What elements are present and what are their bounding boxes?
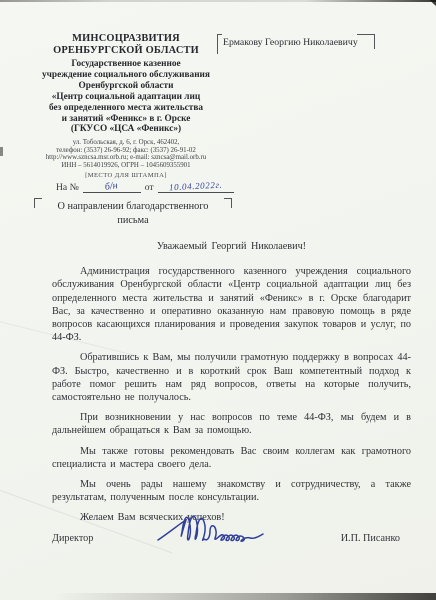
subject-frame-right-corner: [224, 198, 232, 208]
recipient-frame-right-corner: [357, 34, 375, 49]
reference-line: На №б/нот10.04.2022г.: [56, 182, 234, 193]
phone-fax-line: телефон: (3537) 26-96-92; факс: (3537) 2…: [28, 147, 224, 154]
reference-number-blank: б/н: [83, 182, 141, 193]
salutation: Уважаемый Георгий Николаевич!: [52, 240, 411, 253]
postal-address: ул. Тобольская, д. 6, г. Орск, 462402,: [28, 139, 224, 146]
body-paragraph: Мы также готовы рекомендовать Вас своим …: [52, 445, 411, 471]
letterhead: МИНСОЦРАЗВИТИЯ ОРЕНБУРГСКОЙ ОБЛАСТИ Госу…: [28, 33, 224, 169]
organization-name-line: учреждение социального обслуживания: [28, 70, 224, 81]
body-paragraph: Мы очень рады нашему знакомству и сотруд…: [52, 478, 411, 504]
inn-ogrn-line: ИНН – 5614019926, ОГРН – 1045609355901: [28, 162, 224, 169]
scan-left-speck-artifact: [0, 147, 3, 156]
organization-name-line: и занятий «Феникс» в г. Орске: [28, 114, 224, 125]
organization-name: Государственное казенное учреждение соци…: [28, 59, 224, 135]
scanned-letter-page: МИНСОЦРАЗВИТИЯ ОРЕНБУРГСКОЙ ОБЛАСТИ Госу…: [0, 0, 436, 600]
scan-top-edge-artifact: [0, 0, 436, 2]
contact-info: ул. Тобольская, д. 6, г. Орск, 462402, т…: [28, 139, 224, 169]
signer-position: Директор: [52, 533, 93, 544]
body-paragraph: При возникновении у нас вопросов по теме…: [52, 411, 411, 437]
website-email-line: http://www.szncsa.msr.orb.ru; e-mail: sz…: [28, 154, 224, 161]
body-paragraph: Администрация государственного казенного…: [52, 265, 411, 344]
ministry-name-line: ОРЕНБУРГСКОЙ ОБЛАСТИ: [28, 45, 224, 57]
subject-box: О направлении благодарственного письма: [34, 198, 232, 228]
body-paragraph: Обратившись к Вам, мы получили грамотную…: [52, 351, 411, 404]
handwritten-date: 10.04.2022г.: [169, 180, 223, 193]
organization-name-line: без определенного места жительства: [28, 103, 224, 114]
stamp-placeholder: [МЕСТО ДЛЯ ШТАМПА]: [28, 172, 224, 179]
director-signature: [150, 506, 270, 558]
signer-name: И.П. Писанко: [341, 533, 400, 544]
reference-number-label: На №: [56, 182, 79, 193]
organization-name-line: (ГКУСО «ЦСА «Феникс»): [28, 124, 224, 135]
subject-text: О направлении благодарственного письма: [34, 198, 232, 228]
recipient-frame-left-bracket: [217, 34, 222, 54]
reference-date-label: от: [145, 182, 154, 193]
organization-name-line: Оренбургской области: [28, 81, 224, 92]
subject-frame-left-corner: [34, 198, 42, 208]
handwritten-reference-number: б/н: [105, 180, 119, 193]
scan-bottom-shadow-artifact: [0, 593, 436, 600]
letter-body: Уважаемый Георгий Николаевич! Администра…: [52, 240, 411, 525]
reference-date-blank: 10.04.2022г.: [158, 182, 234, 193]
ministry-name-line: МИНСОЦРАЗВИТИЯ: [28, 33, 224, 45]
organization-name-line: Государственное казенное: [28, 59, 224, 70]
organization-name-line: «Центр социальной адаптации лиц: [28, 92, 224, 103]
